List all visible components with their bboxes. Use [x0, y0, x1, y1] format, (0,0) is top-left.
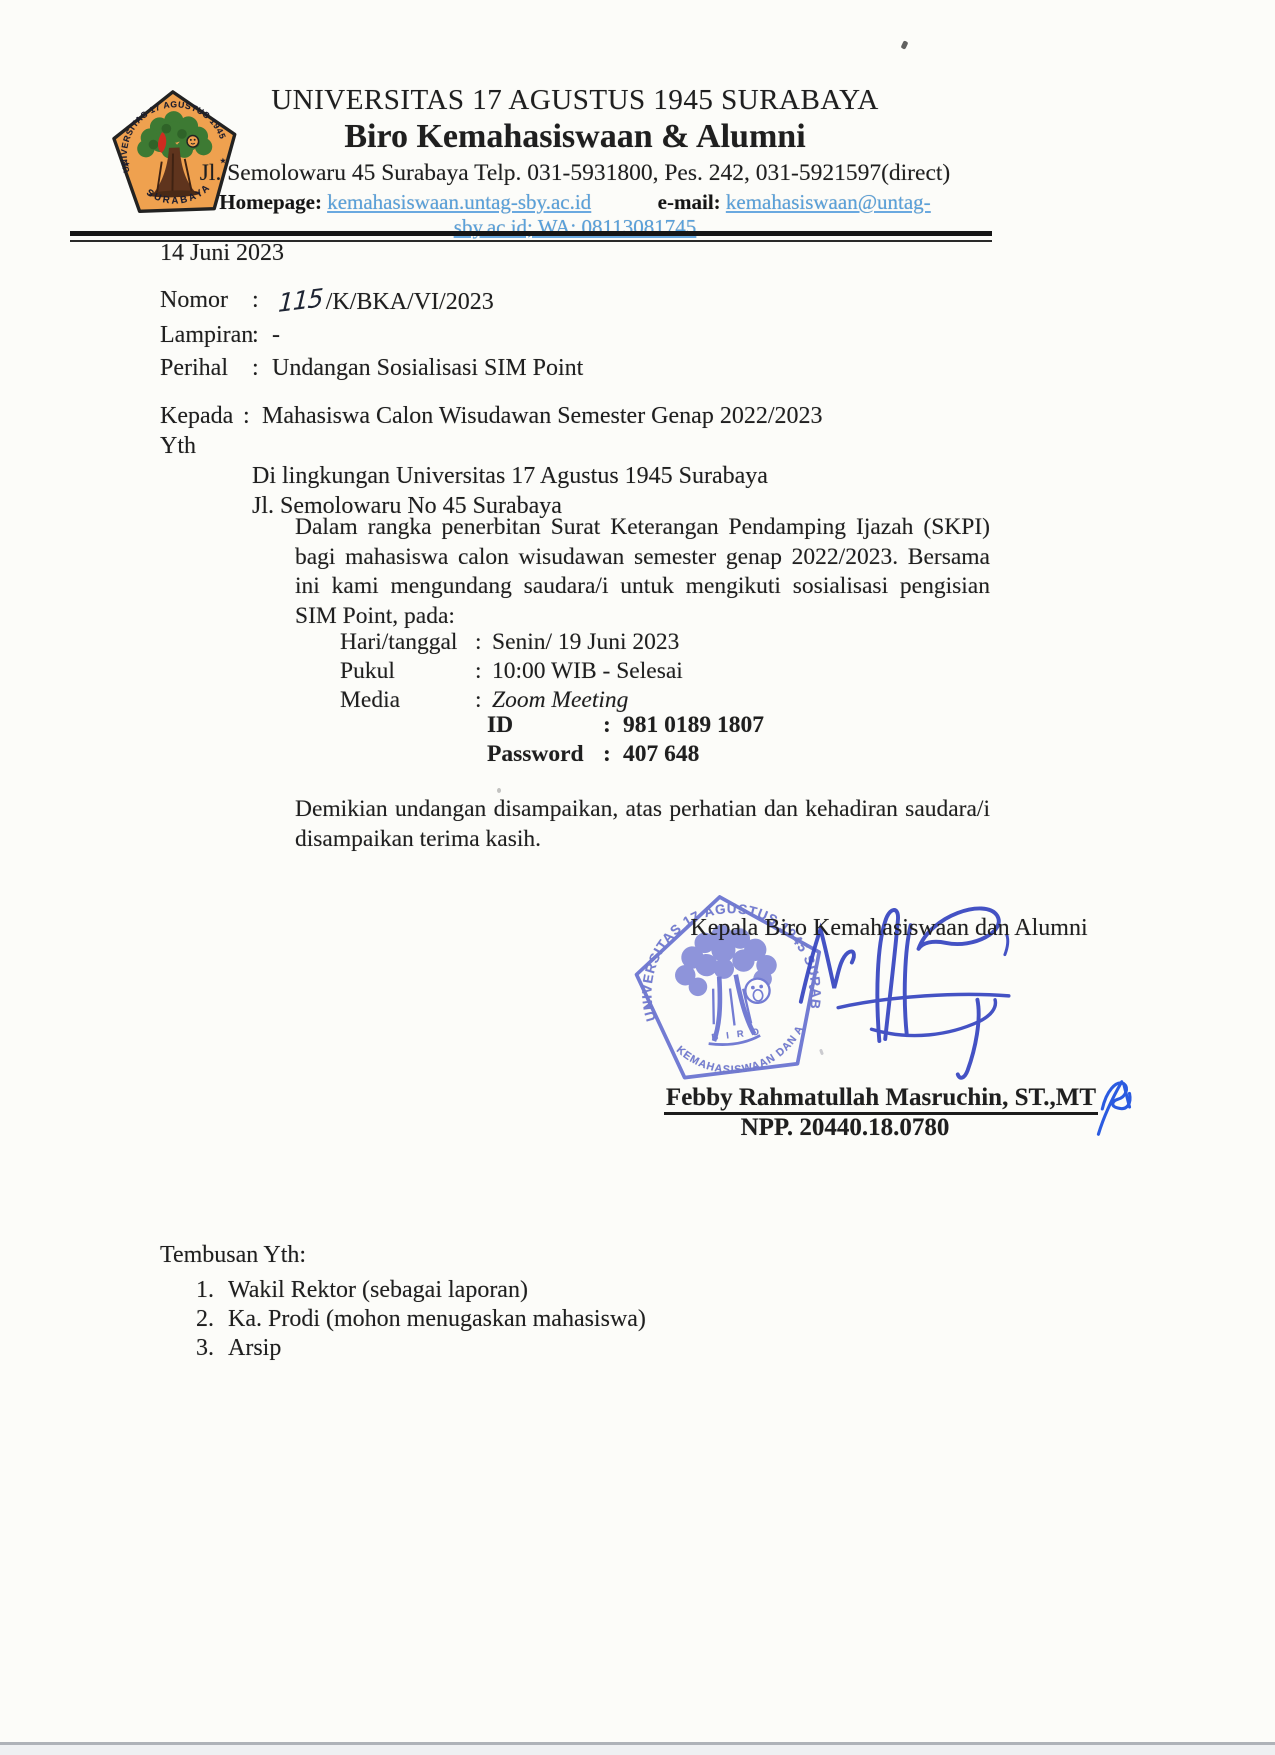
media-label: Media — [340, 686, 475, 715]
signatory-npp: NPP. 20440.18.0780 — [620, 1114, 1070, 1142]
colon: : — [252, 352, 264, 385]
homepage-link[interactable]: kemahasiswaan.untag-sby.ac.id — [327, 190, 591, 214]
colon: : — [252, 319, 264, 352]
cc-num-3: 3. — [196, 1334, 228, 1363]
recipient-row-1: Kepada Yth : Mahasiswa Calon Wisudawan S… — [160, 401, 822, 461]
hari-value: Senin/ 19 Juni 2023 — [487, 628, 679, 657]
zoom-password-row: Password : 407 648 — [487, 740, 764, 769]
zoom-id-row: ID : 981 0189 1807 — [487, 711, 764, 740]
letter-date: 14 Juni 2023 — [160, 240, 284, 267]
colon: : — [475, 686, 487, 715]
signatory-name: Febby Rahmatullah Masruchin, ST.,MT — [656, 1084, 1106, 1112]
event-details: Hari/tanggal : Senin/ 19 Juni 2023 Pukul… — [340, 628, 683, 715]
letterhead: UNIVERSITAS 17 AGUSTUS 1945 SURABAYA Bir… — [190, 84, 960, 240]
colon: : — [475, 657, 487, 686]
kepada-label: Kepada Yth — [160, 401, 243, 461]
letterhead-divider-thick — [70, 231, 992, 236]
cc-num-2: 2. — [196, 1305, 228, 1334]
nomor-printed-part: /K/BKA/VI/2023 — [326, 289, 494, 315]
colon: : — [252, 284, 264, 319]
meta-row-lampiran: Lampiran : - — [160, 319, 583, 352]
colon: : — [475, 628, 487, 657]
pukul-value: 10:00 WIB - Selesai — [487, 657, 683, 686]
opening-paragraph: Dalam rangka penerbitan Surat Keterangan… — [295, 513, 990, 631]
logo-star-left: ★ — [123, 160, 130, 169]
university-name: UNIVERSITAS 17 AGUSTUS 1945 SURABAYA — [190, 84, 960, 117]
lampiran-label: Lampiran — [160, 319, 252, 352]
colon: : — [603, 711, 615, 740]
zoom-id-value: 981 0189 1807 — [615, 711, 764, 740]
homepage-label: Homepage: — [219, 190, 322, 214]
cc-item-1: 1. Wakil Rektor (sebagai laporan) — [196, 1276, 646, 1305]
colon: : — [243, 401, 253, 461]
letterhead-address: Jl. Semolowaru 45 Surabaya Telp. 031-593… — [190, 160, 960, 187]
meta-row-nomor: Nomor : 115/K/BKA/VI/2023 — [160, 284, 583, 319]
cc-num-1: 1. — [196, 1276, 228, 1305]
cc-list: 1. Wakil Rektor (sebagai laporan) 2. Ka.… — [160, 1276, 646, 1363]
detail-row-pukul: Pukul : 10:00 WIB - Selesai — [340, 657, 683, 686]
cc-block: Tembusan Yth: 1. Wakil Rektor (sebagai l… — [160, 1241, 646, 1363]
pukul-label: Pukul — [340, 657, 475, 686]
letter-meta: Nomor : 115/K/BKA/VI/2023 Lampiran : - P… — [160, 284, 583, 385]
zoom-credentials: ID : 981 0189 1807 Password : 407 648 — [487, 711, 764, 769]
nomor-label: Nomor — [160, 284, 252, 319]
bureau-name: Biro Kemahasiswaan & Alumni — [190, 118, 960, 156]
cc-item-2: 2. Ka. Prodi (mohon menugaskan mahasiswa… — [196, 1305, 646, 1334]
zoom-password-label: Password — [487, 740, 603, 769]
cc-label: Tembusan Yth: — [160, 1241, 646, 1270]
closing-paragraph: Demikian undangan disampaikan, atas perh… — [295, 795, 990, 854]
nomor-handwritten-number: 115 — [277, 281, 323, 320]
hari-label: Hari/tanggal — [340, 628, 475, 657]
zoom-password-value: 407 648 — [615, 740, 699, 769]
scanned-letter-page: UNIVERSITAS 17 AGUSTUS 1945 SURABAYA ★ ★… — [0, 0, 1275, 1755]
recipient-block: Kepada Yth : Mahasiswa Calon Wisudawan S… — [160, 401, 822, 521]
email-label: e-mail: — [658, 190, 721, 214]
cc-text-3: Arsip — [228, 1334, 281, 1363]
recipient-line-2: Di lingkungan Universitas 17 Agustus 194… — [252, 461, 822, 491]
meta-row-perihal: Perihal : Undangan Sosialisasi SIM Point — [160, 352, 583, 385]
scan-speck — [497, 788, 501, 793]
perihal-value: Undangan Sosialisasi SIM Point — [264, 352, 583, 385]
cc-text-1: Wakil Rektor (sebagai laporan) — [228, 1276, 528, 1305]
perihal-label: Perihal — [160, 352, 252, 385]
detail-row-hari: Hari/tanggal : Senin/ 19 Juni 2023 — [340, 628, 683, 657]
zoom-id-label: ID — [487, 711, 603, 740]
colon: : — [603, 740, 615, 769]
cc-item-3: 3. Arsip — [196, 1334, 646, 1363]
scan-bottom-strip — [0, 1745, 1275, 1755]
scan-speck — [901, 40, 909, 49]
lampiran-value: - — [264, 319, 280, 352]
cc-text-2: Ka. Prodi (mohon menugaskan mahasiswa) — [228, 1305, 646, 1334]
recipient-line-1: Mahasiswa Calon Wisudawan Semester Genap… — [253, 401, 822, 461]
nomor-value: 115/K/BKA/VI/2023 — [264, 284, 494, 319]
signatory-title: Kepala Biro Kemahasiswaan dan Alumni — [639, 915, 1139, 942]
